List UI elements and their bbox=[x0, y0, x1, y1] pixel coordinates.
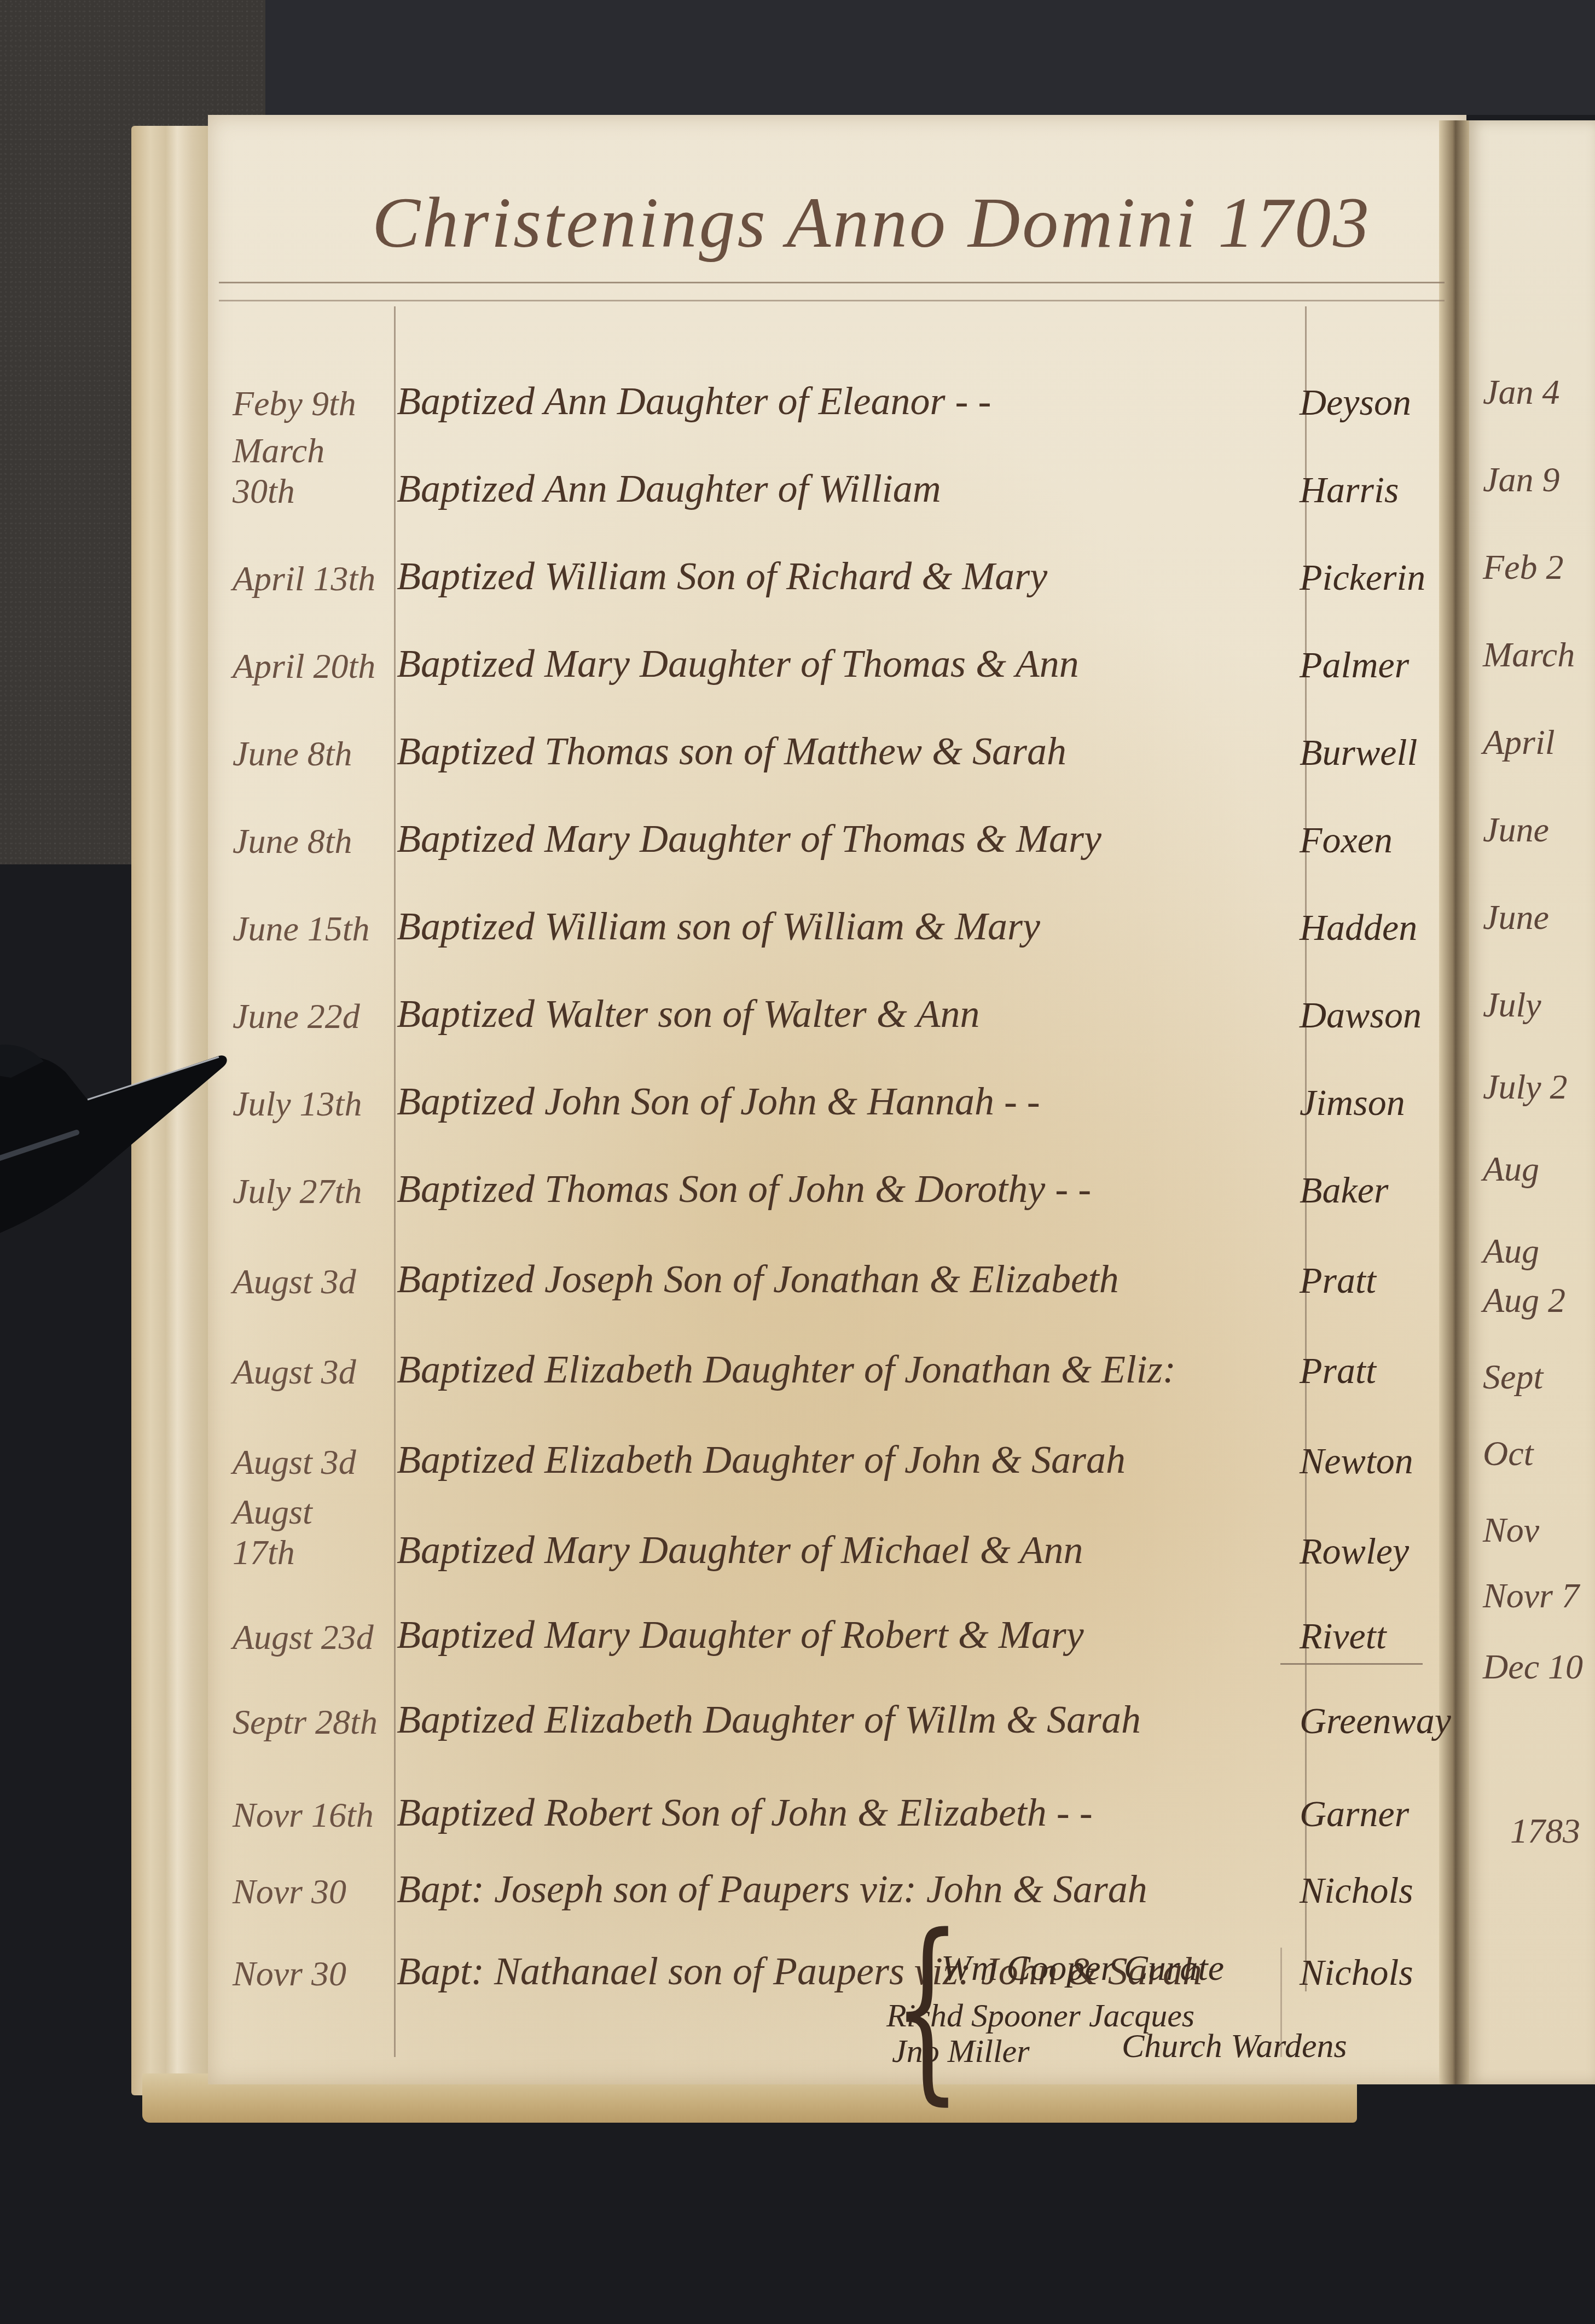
entry-record: Baptized John Son of John & Hannah - - bbox=[380, 1079, 1289, 1124]
list-item: Augst 3d Baptized Elizabeth Daughter of … bbox=[216, 1401, 1464, 1483]
facing-date: Feb 2 bbox=[1483, 547, 1564, 588]
entry-surname: Nichols bbox=[1289, 1869, 1458, 1912]
facing-date: Novr 7 bbox=[1483, 1576, 1579, 1616]
entry-record: Bapt: Joseph son of Paupers viz: John & … bbox=[380, 1867, 1289, 1912]
facing-year-note: 1783 bbox=[1510, 1811, 1580, 1851]
facing-date: July bbox=[1483, 985, 1541, 1025]
title-rule bbox=[219, 282, 1445, 283]
entry-record: Baptized Robert Son of John & Elizabeth … bbox=[380, 1790, 1289, 1835]
list-item: Novr 30 Bapt: Joseph son of Paupers viz:… bbox=[216, 1830, 1464, 1912]
entry-surname: Rowley bbox=[1289, 1530, 1458, 1573]
list-item: Novr 30 Bapt: Nathanael son of Paupers v… bbox=[216, 1912, 1464, 1994]
facing-date: Jan 9 bbox=[1483, 460, 1559, 500]
facing-date: April bbox=[1483, 722, 1555, 763]
curate-signature: Wm Cooper Curate bbox=[941, 1948, 1224, 1989]
entry-surname: Newton bbox=[1289, 1439, 1458, 1483]
entry-surname: Foxen bbox=[1289, 818, 1458, 862]
entry-date: Augst 3d bbox=[216, 1442, 380, 1483]
page-title: Christenings Anno Domini 1703 bbox=[372, 181, 1412, 264]
page-clip-icon bbox=[0, 1018, 252, 1247]
entry-record: Baptized Elizabeth Daughter of Willm & S… bbox=[380, 1697, 1289, 1742]
list-item: July 13th Baptized John Son of John & Ha… bbox=[216, 1042, 1464, 1124]
entry-date: Novr 16th bbox=[216, 1795, 380, 1835]
entry-date: Novr 30 bbox=[216, 1954, 380, 1994]
list-item: Novr 16th Baptized Robert Son of John & … bbox=[216, 1753, 1464, 1835]
facing-date: Jan 4 bbox=[1483, 372, 1559, 412]
entry-record: Baptized Thomas son of Matthew & Sarah bbox=[380, 729, 1289, 774]
church-wardens-label: Church Wardens bbox=[1122, 2027, 1347, 2066]
facing-date: Aug bbox=[1483, 1231, 1539, 1271]
facing-date: Oct bbox=[1483, 1433, 1533, 1474]
entry-record: Baptized Ann Daughter of Eleanor - - bbox=[380, 379, 1289, 424]
entry-date: March 30th bbox=[216, 431, 380, 512]
title-rule-lower bbox=[219, 300, 1445, 301]
entry-surname: Burwell bbox=[1289, 731, 1458, 774]
list-item: June 8th Baptized Thomas son of Matthew … bbox=[216, 692, 1464, 774]
entry-date: Augst 17th bbox=[216, 1492, 380, 1573]
entry-date: April 20th bbox=[216, 646, 380, 687]
list-item: April 20th Baptized Mary Daughter of Tho… bbox=[216, 605, 1464, 687]
entry-date: Septr 28th bbox=[216, 1702, 380, 1742]
entry-date: June 8th bbox=[216, 821, 380, 862]
entry-record: Baptized Walter son of Walter & Ann bbox=[380, 991, 1289, 1037]
facing-date: June bbox=[1483, 897, 1549, 938]
list-item: March 30th Baptized Ann Daughter of Will… bbox=[216, 429, 1464, 512]
signature-column-rule bbox=[1280, 1948, 1282, 2057]
facing-date: Sept bbox=[1483, 1357, 1543, 1397]
entry-record: Baptized Elizabeth Daughter of John & Sa… bbox=[380, 1437, 1289, 1483]
entry-record: Baptized Mary Daughter of Robert & Mary bbox=[380, 1612, 1289, 1658]
entry-date: June 8th bbox=[216, 734, 380, 774]
warden-signature-2: Jno Miller bbox=[892, 2032, 1030, 2070]
facing-date: Dec 10 bbox=[1483, 1647, 1583, 1687]
facing-date: Aug bbox=[1483, 1149, 1539, 1189]
entry-surname: Baker bbox=[1289, 1169, 1458, 1212]
list-item: Septr 28th Baptized Elizabeth Daughter o… bbox=[216, 1660, 1464, 1742]
facing-date: July 2 bbox=[1483, 1067, 1568, 1107]
list-item: July 27th Baptized Thomas Son of John & … bbox=[216, 1130, 1464, 1212]
entry-surname: Harris bbox=[1289, 468, 1458, 512]
entry-record: Baptized Mary Daughter of Thomas & Ann bbox=[380, 641, 1289, 687]
entry-surname: Pratt bbox=[1289, 1259, 1458, 1302]
entry-surname: Hadden bbox=[1289, 906, 1458, 949]
entry-date: Feby 9th bbox=[216, 384, 380, 424]
list-item: June 15th Baptized William son of Willia… bbox=[216, 867, 1464, 949]
entry-date: Novr 30 bbox=[216, 1872, 380, 1912]
entry-record: Baptized William son of William & Mary bbox=[380, 904, 1289, 949]
facing-date: June bbox=[1483, 810, 1549, 850]
list-item: June 22d Baptized Walter son of Walter &… bbox=[216, 955, 1464, 1037]
entry-record: Baptized William Son of Richard & Mary bbox=[380, 554, 1289, 599]
entry-date: June 15th bbox=[216, 909, 380, 949]
list-item: April 13th Baptized William Son of Richa… bbox=[216, 517, 1464, 599]
list-item: June 8th Baptized Mary Daughter of Thoma… bbox=[216, 780, 1464, 862]
entry-surname: Pratt bbox=[1289, 1349, 1458, 1392]
entry-date: Augst 23d bbox=[216, 1617, 380, 1658]
entry-record: Baptized Joseph Son of Jonathan & Elizab… bbox=[380, 1257, 1289, 1302]
entry-record: Baptized Thomas Son of John & Dorothy - … bbox=[380, 1166, 1289, 1212]
list-item: Augst 17th Baptized Mary Daughter of Mic… bbox=[216, 1491, 1464, 1573]
facing-date: March bbox=[1483, 635, 1575, 675]
list-item: Augst 3d Baptized Joseph Son of Jonathan… bbox=[216, 1220, 1464, 1302]
entry-record: Baptized Ann Daughter of William bbox=[380, 466, 1289, 512]
entry-surname: Rivett bbox=[1289, 1614, 1458, 1658]
entry-record: Baptized Mary Daughter of Thomas & Mary bbox=[380, 816, 1289, 862]
entry-surname: Palmer bbox=[1289, 643, 1458, 687]
entry-surname: Dawson bbox=[1289, 993, 1458, 1037]
entry-date: Augst 3d bbox=[216, 1352, 380, 1392]
entry-surname: Nichols bbox=[1289, 1951, 1458, 1994]
entry-surname: Pickerin bbox=[1289, 556, 1458, 599]
entry-date: Augst 3d bbox=[216, 1262, 380, 1302]
background-top bbox=[265, 0, 1595, 115]
list-item: Augst 23d Baptized Mary Daughter of Robe… bbox=[216, 1576, 1464, 1658]
entry-date: April 13th bbox=[216, 559, 380, 599]
entry-surname: Garner bbox=[1289, 1792, 1458, 1835]
entry-record: Baptized Elizabeth Daughter of Jonathan … bbox=[380, 1347, 1289, 1392]
entry-surname: Deyson bbox=[1289, 381, 1458, 424]
list-item: Feby 9th Baptized Ann Daughter of Eleano… bbox=[216, 342, 1464, 424]
entry-surname: Jimson bbox=[1289, 1081, 1458, 1124]
list-item: Augst 3d Baptized Elizabeth Daughter of … bbox=[216, 1310, 1464, 1392]
facing-date: Aug 2 bbox=[1483, 1280, 1565, 1321]
entry-record: Baptized Mary Daughter of Michael & Ann bbox=[380, 1527, 1289, 1573]
facing-date: Nov bbox=[1483, 1510, 1539, 1550]
entry-surname: Greenway bbox=[1289, 1699, 1458, 1742]
